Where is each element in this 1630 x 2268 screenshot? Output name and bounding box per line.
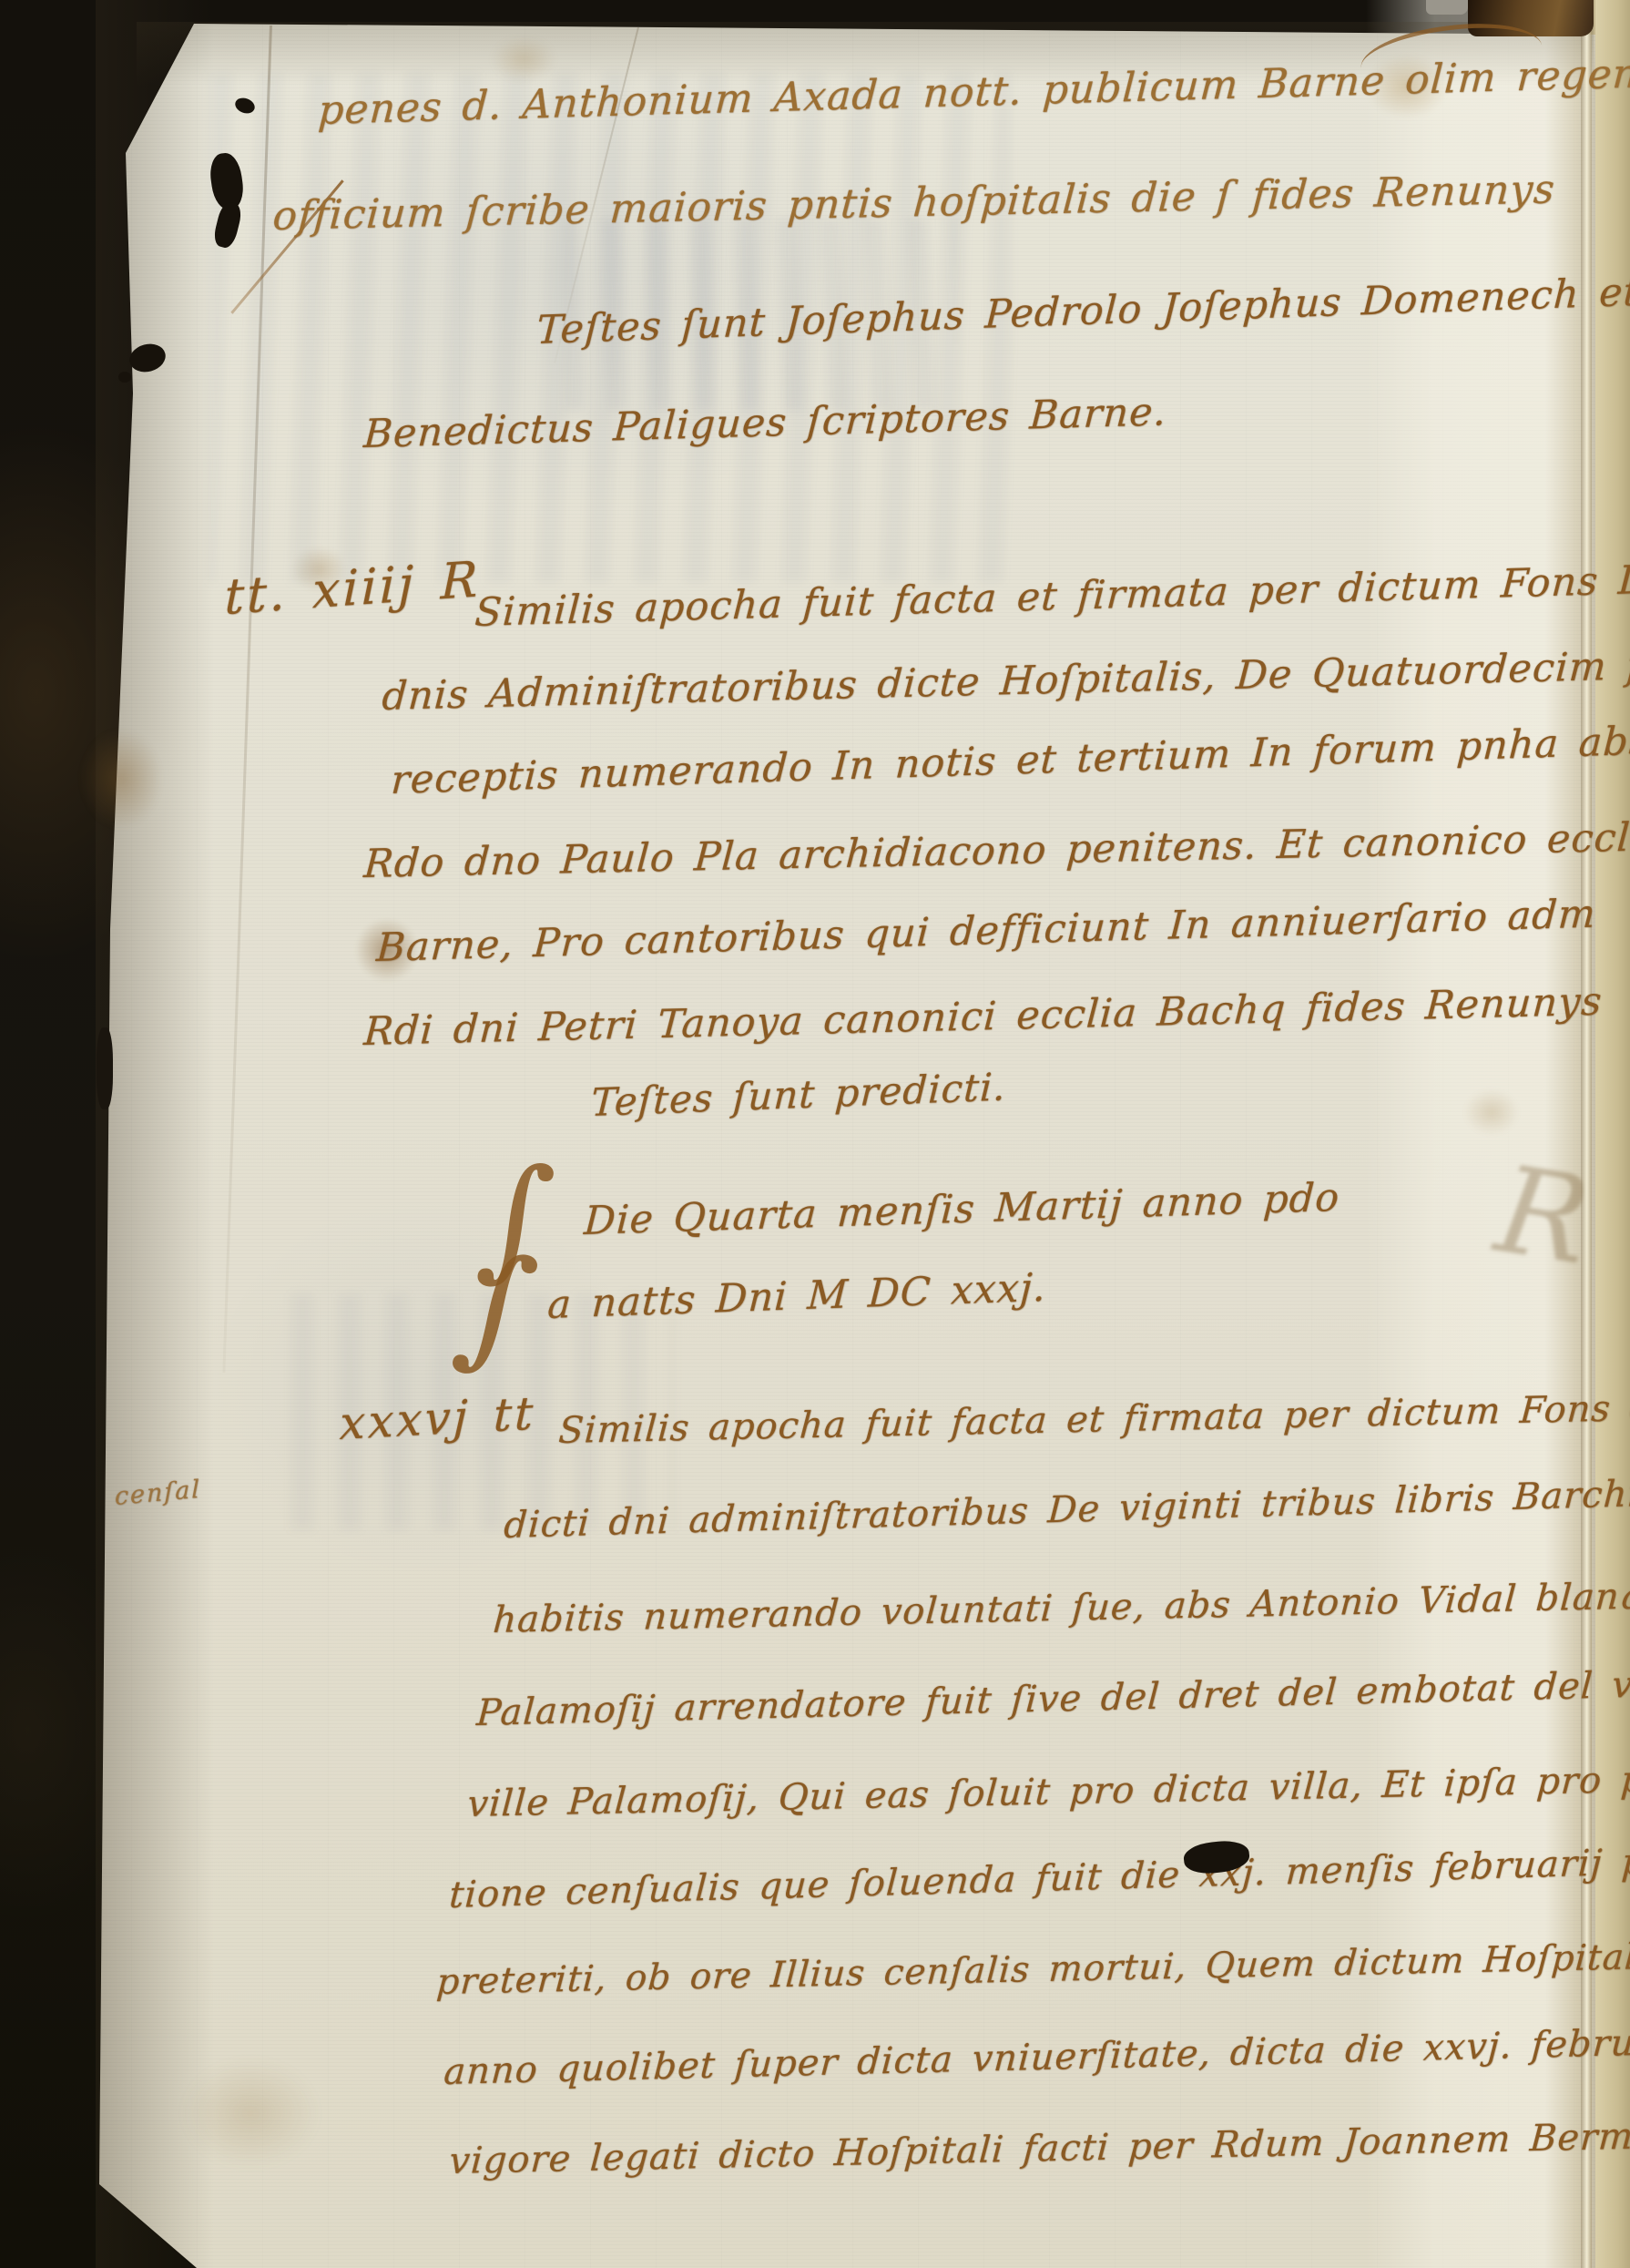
edge-ink-streak	[97, 1027, 113, 1109]
entry2-margin-amount: xxxvj tt	[339, 1387, 536, 1450]
binding-paper-chip	[1426, 0, 1468, 15]
page-edge-fold	[1581, 27, 1592, 2268]
ink-blot	[118, 372, 131, 383]
manuscript-photo: R penes d. Anthonium Axada nott. publicu…	[0, 0, 1630, 2268]
